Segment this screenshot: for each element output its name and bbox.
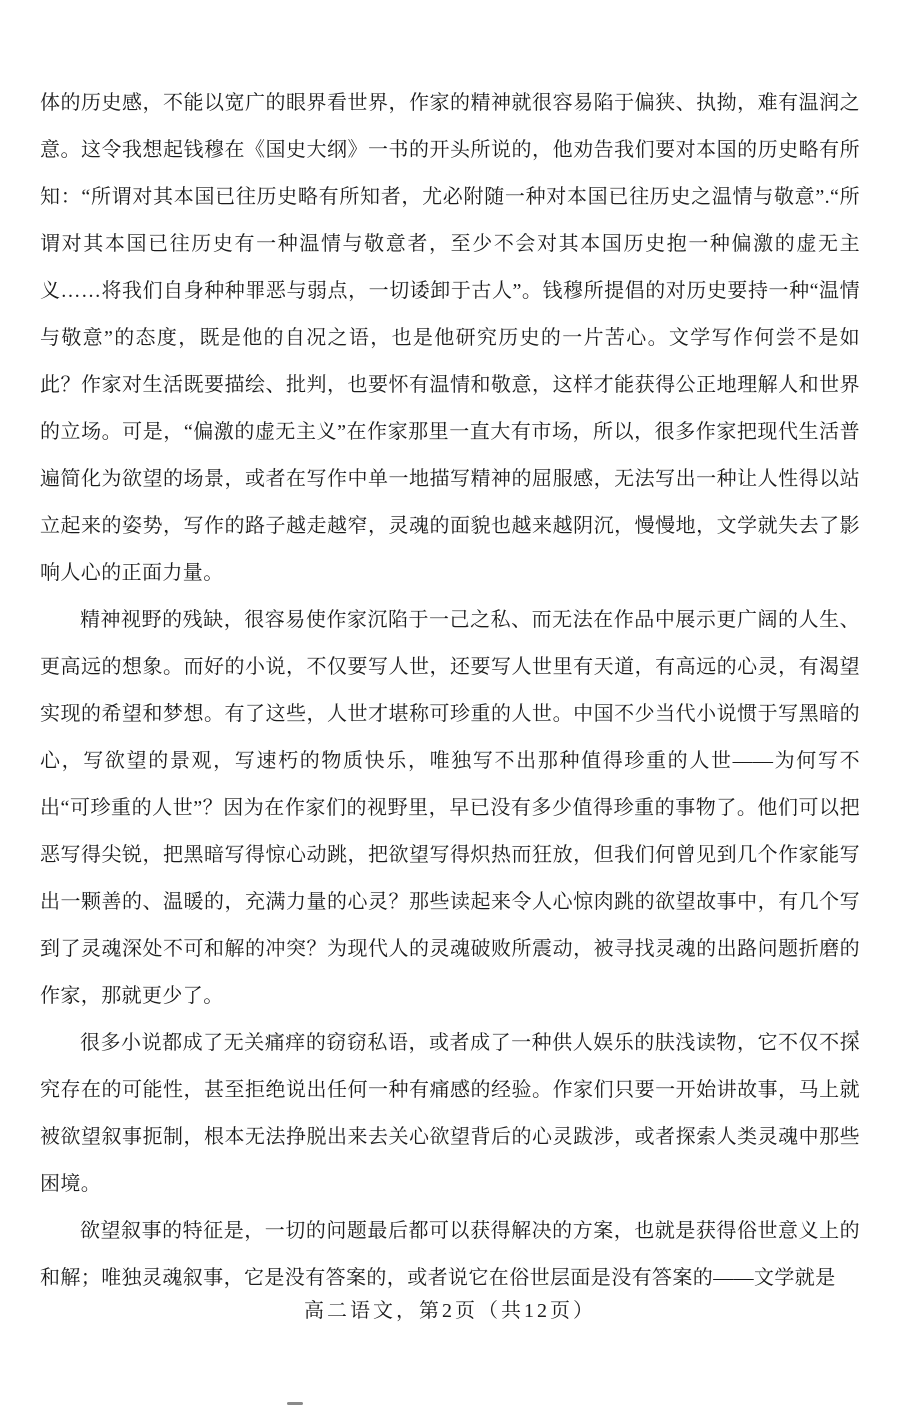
- paragraph-2: 精神视野的残缺，很容易使作家沉陷于一己之私、而无法在作品中展示更广阔的人生、更高…: [40, 597, 860, 1020]
- reading-passage: 体的历史感，不能以宽广的眼界看世界，作家的精神就很容易陷于偏狭、执拗，难有温润之…: [40, 80, 860, 1302]
- document-page: 体的历史感，不能以宽广的眼界看世界，作家的精神就很容易陷于偏狭、执拗，难有温润之…: [0, 0, 900, 1409]
- paragraph-1: 体的历史感，不能以宽广的眼界看世界，作家的精神就很容易陷于偏狭、执拗，难有温润之…: [40, 80, 860, 597]
- scan-artifact-dot: [855, 1030, 858, 1033]
- paragraph-4: 欲望叙事的特征是，一切的问题最后都可以获得解决的方案，也就是获得俗世意义上的和解…: [40, 1208, 860, 1302]
- page-footer: 高二语文，第2页（共12页）: [0, 1294, 900, 1323]
- paragraph-3: 很多小说都成了无关痛痒的窃窃私语，或者成了一种供人娱乐的肤浅读物，它不仅不探究存…: [40, 1020, 860, 1208]
- scan-artifact-dash: [287, 1402, 303, 1405]
